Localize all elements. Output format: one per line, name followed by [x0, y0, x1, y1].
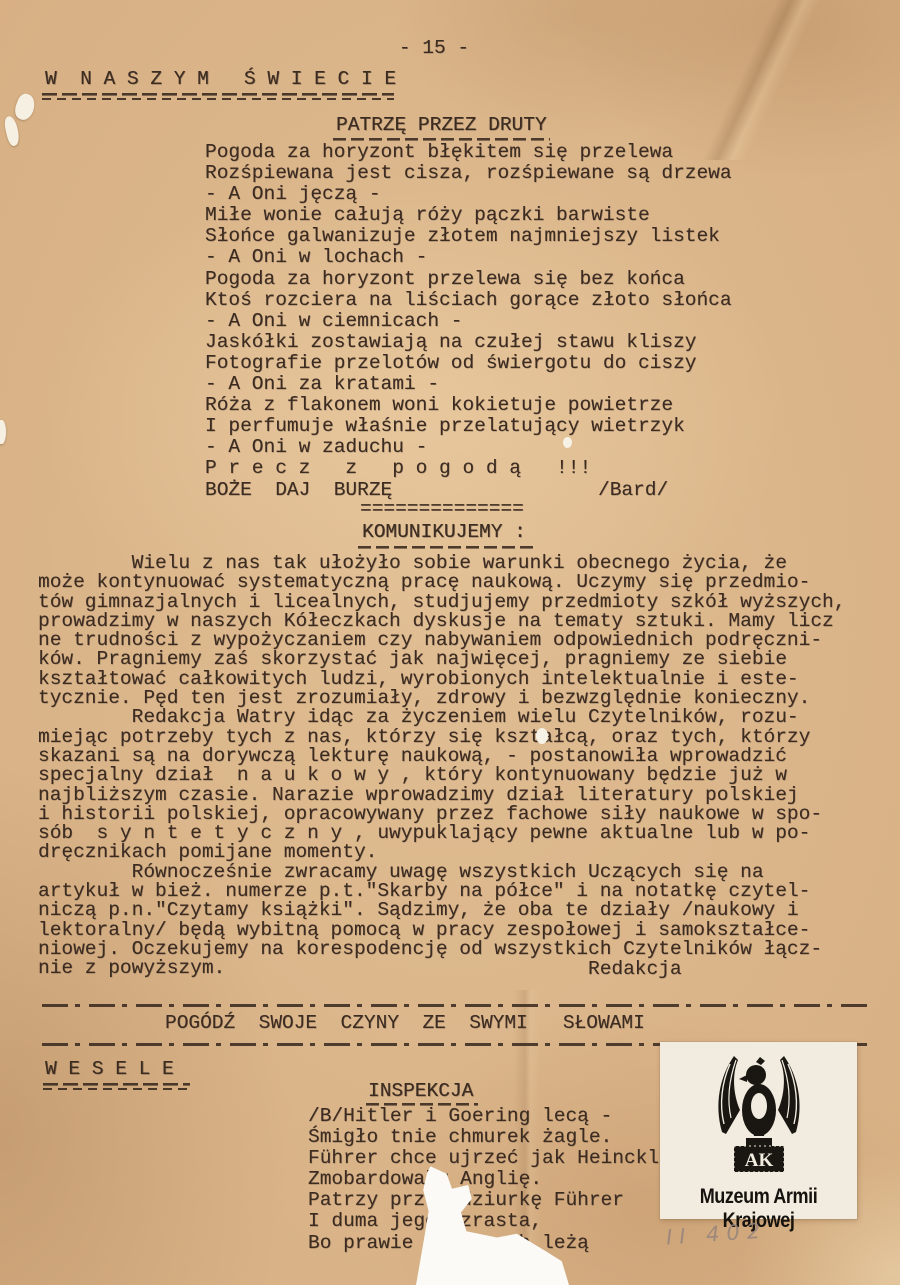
wesele-header: W E S E L E [45, 1059, 174, 1080]
announcement-title: KOMUNIKUJEMY : [362, 522, 526, 543]
paper-tear [12, 92, 38, 123]
equals-divider: ============== [360, 499, 524, 520]
section-header-underline [42, 93, 394, 101]
poem-signature: /Bard/ [598, 480, 668, 501]
announcement-title-underline [358, 546, 534, 549]
paper-tear [3, 115, 22, 147]
announcement-signature: Redakcja [588, 959, 682, 980]
wesele-header-underline [43, 1083, 190, 1091]
stamp-ak-label: AK [745, 1150, 774, 1171]
motto-text: POGÓDŹ SWOJE CZYNY ZE SWYMI SŁOWAMI [165, 1013, 645, 1034]
dashed-divider-top [42, 1004, 870, 1007]
section-header: W N A S Z Y M Ś W I E C I E [45, 69, 396, 90]
museum-stamp: AK Muzeum Armii Krajowej [660, 1042, 857, 1219]
scanned-page: - 15 - W N A S Z Y M Ś W I E C I E PATRZ… [0, 0, 900, 1285]
poem-body: Pogoda za horyzont błękitem się przelewa… [205, 142, 732, 501]
announcement-body: Wielu z nas tak ułożyło sobie warunki ob… [38, 554, 845, 979]
inspekcja-title: INSPEKCJA [368, 1081, 473, 1102]
poem-title: PATRZĘ PRZEZ DRUTY [336, 115, 547, 136]
page-number: - 15 - [0, 38, 868, 59]
paper-crease [620, 0, 900, 160]
paper-fleck [563, 437, 572, 448]
paper-tear [0, 420, 6, 444]
inspekcja-poem: /B/Hitler i Goering lecą - Śmigło tnie c… [308, 1106, 671, 1254]
paper-fleck [536, 728, 548, 744]
